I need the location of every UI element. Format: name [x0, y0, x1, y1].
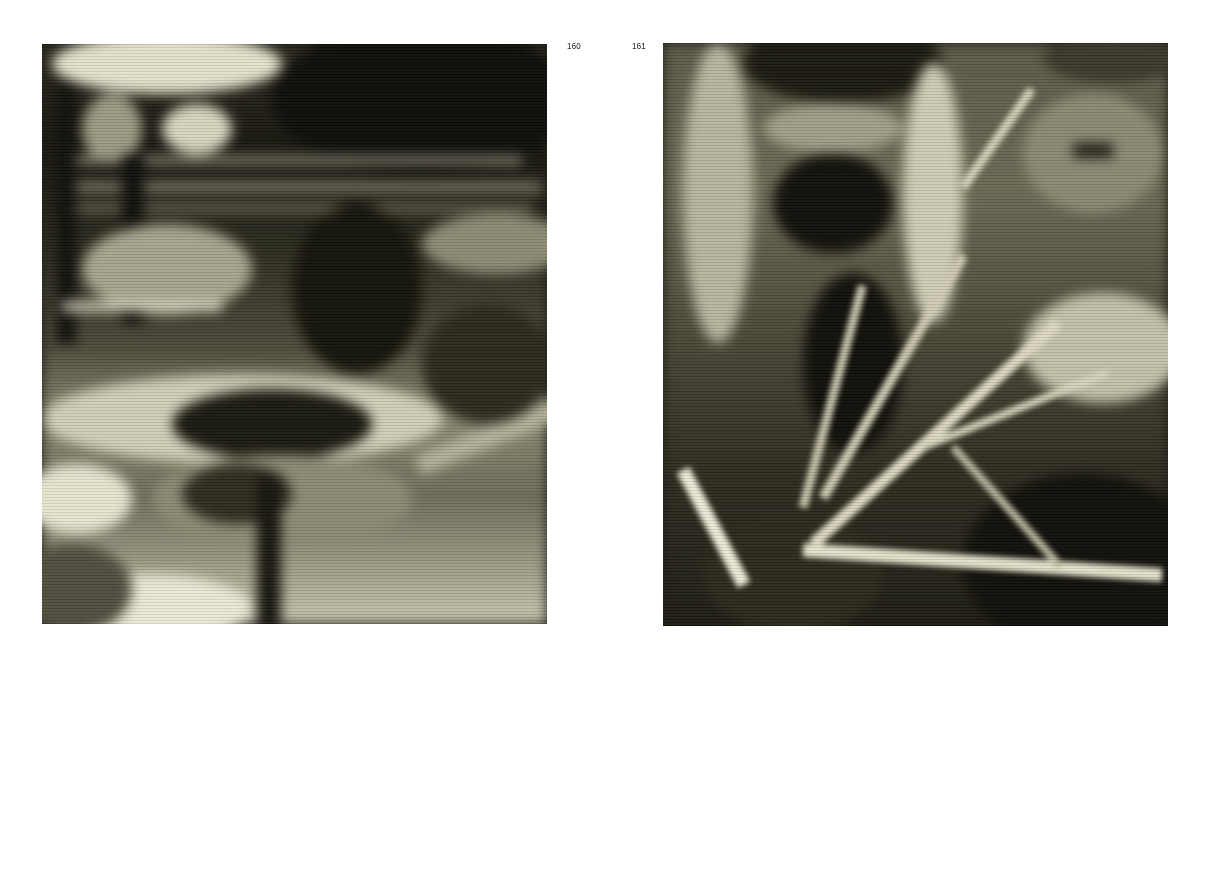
right-photo-plate — [663, 43, 1168, 626]
right-photo-streaks — [663, 43, 1168, 626]
book-spread: 160 161 — [0, 0, 1212, 887]
left-photo-image — [42, 44, 547, 624]
page-number-right: 161 — [632, 42, 646, 51]
page-number-left: 160 — [567, 42, 581, 51]
left-page: 160 — [0, 0, 606, 887]
left-photo-plate — [42, 44, 547, 624]
right-page: 161 — [606, 0, 1212, 887]
